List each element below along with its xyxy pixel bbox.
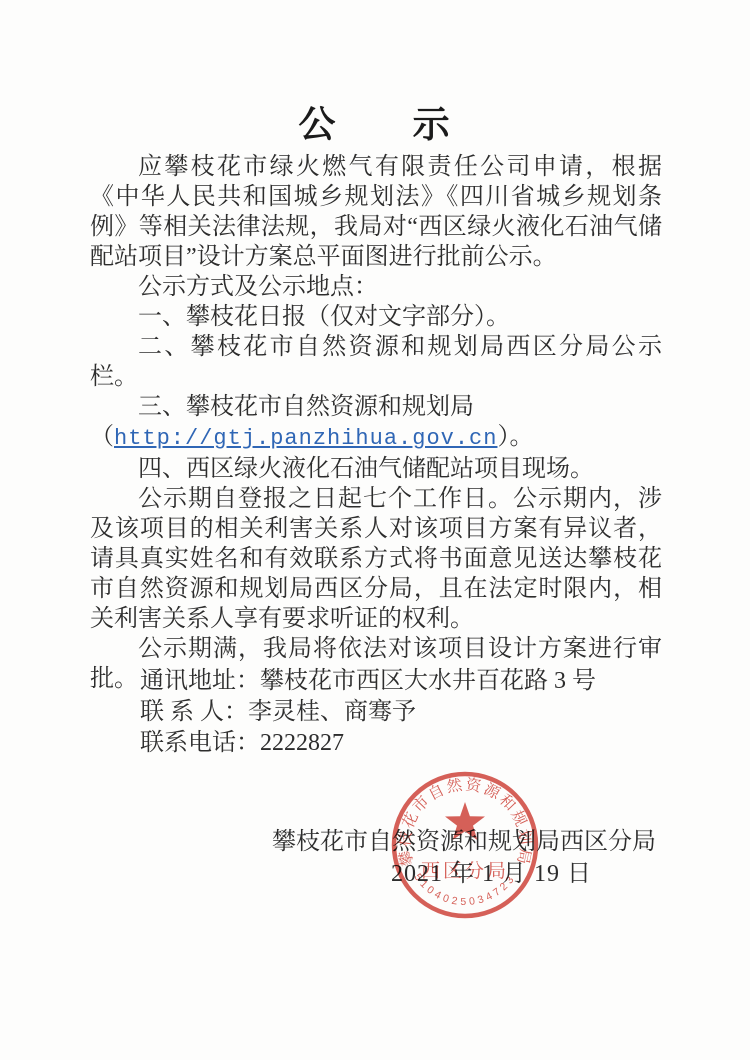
url-paren-open: （ (90, 424, 114, 450)
contact-value: 攀枝花市西区大水井百花路 3 号 (260, 668, 596, 694)
paragraph-item-1: 一、攀枝花日报（仅对文字部分）。 (90, 302, 662, 332)
contact-row-address: 通讯地址：攀枝花市西区大水井百花路 3 号 (140, 666, 596, 697)
contact-value: 李灵桂、商骞予 (248, 699, 416, 725)
paragraph-item-4: 四、西区绿火液化石油气储配站项目现场。 (90, 454, 662, 484)
contact-label: 联系电话： (140, 730, 260, 756)
signature-agency: 攀枝花市自然资源和规划局西区分局 (272, 821, 656, 856)
contact-block: 通讯地址：攀枝花市西区大水井百花路 3 号 联 系 人：李灵桂、商骞予 联系电话… (140, 666, 596, 759)
paragraph-methods-heading: 公示方式及公示地点： (90, 272, 662, 302)
paragraph-item-3: 三、攀枝花市自然资源和规划局 (90, 392, 662, 422)
contact-row-person: 联 系 人：李灵桂、商骞予 (140, 697, 596, 728)
contact-label: 通讯地址： (140, 668, 260, 694)
paragraph-objection: 公示期自登报之日起七个工作日。公示期内，涉及该项目的相关利害关系人对该项目方案有… (90, 484, 662, 634)
signature-date: 2021 年 1 月 19 日 (391, 853, 592, 888)
contact-label: 联 系 人： (140, 699, 248, 725)
url-paren-close: ）。 (497, 424, 533, 450)
paragraph-url-line: （http://gtj.panzhihua.gov.cn）。 (90, 422, 662, 454)
paragraph-intro: 应攀枝花市绿火燃气有限责任公司申请，根据《中华人民共和国城乡规划法》《四川省城乡… (90, 152, 662, 272)
paragraph-item-2: 二、攀枝花市自然资源和规划局西区分局公示栏。 (90, 332, 662, 392)
gov-website-link[interactable]: http://gtj.panzhihua.gov.cn (114, 426, 497, 451)
notice-title: 公 示 (0, 94, 750, 148)
document-page: 公 示 应攀枝花市绿火燃气有限责任公司申请，根据《中华人民共和国城乡规划法》《四… (0, 0, 750, 1060)
contact-value: 2222827 (260, 730, 344, 756)
contact-row-phone: 联系电话：2222827 (140, 728, 596, 759)
notice-body: 应攀枝花市绿火燃气有限责任公司申请，根据《中华人民共和国城乡规划法》《四川省城乡… (90, 152, 662, 694)
